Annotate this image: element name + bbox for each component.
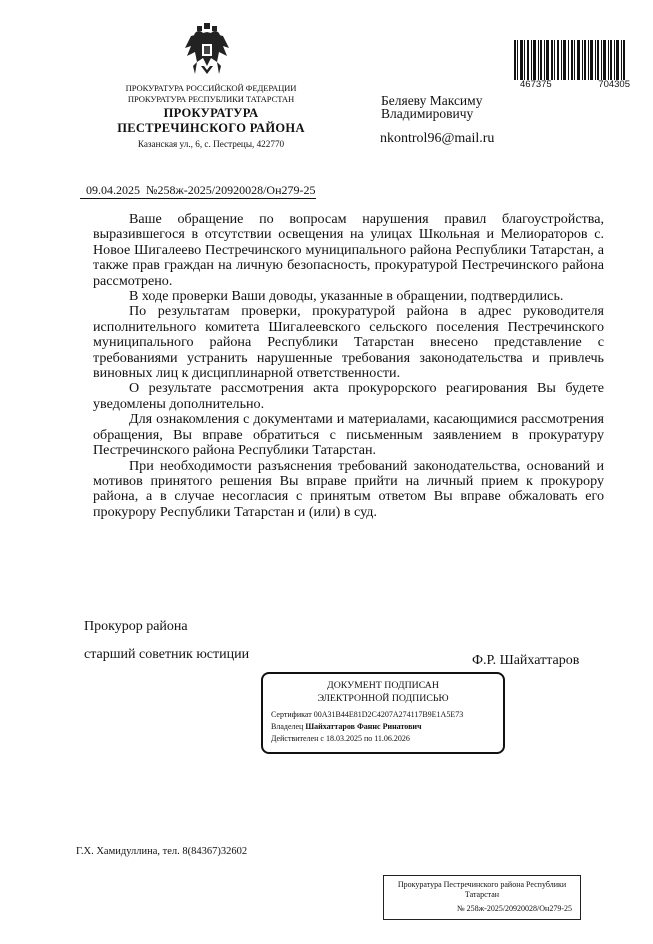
barcode xyxy=(514,40,626,80)
registration-number-prefix: № xyxy=(146,183,157,197)
recipient-name-line2: Владимировичу xyxy=(381,107,473,120)
executor-contact: Г.Х. Хамидуллина, тел. 8(84367)32602 xyxy=(76,846,247,857)
signer-rank: старший советник юстиции xyxy=(84,647,249,663)
registry-stamp-number: № 258ж-2025/20920028/Он279-25 xyxy=(388,904,576,914)
stamp-owner: Владелец Шайхаттаров Фаннс Ринатович xyxy=(271,721,495,733)
registry-stamp-line1: Прокуратура Пестречинского района Респуб… xyxy=(388,880,576,890)
registry-stamp-line2: Татарстан xyxy=(388,890,576,900)
barcode-left-number: 467375 xyxy=(520,79,552,90)
barcode-right-number: 704305 xyxy=(598,79,630,90)
header-federal-prosecution: ПРОКУРАТУРА РОССИЙСКОЙ ФЕДЕРАЦИИ xyxy=(96,84,326,93)
stamp-certificate: Сертификат 00A31B44E81D2C4207A274117B9E1… xyxy=(271,709,495,721)
header-org-line2: ПЕСТРЕЧИНСКОГО РАЙОНА xyxy=(96,122,326,135)
paragraph: О результате рассмотрения акта прокурорс… xyxy=(93,381,604,412)
owner-label: Владелец xyxy=(271,722,303,731)
registration-date: 09.04.2025 xyxy=(86,183,140,197)
stamp-title-line1: ДОКУМЕНТ ПОДПИСАН xyxy=(271,680,495,691)
stamp-title-line2: ЭЛЕКТРОННОЙ ПОДПИСЬЮ xyxy=(271,693,495,704)
header-org-line1: ПРОКУРАТУРА xyxy=(96,107,326,120)
registration-number: 258ж-2025/20920028/Он279-25 xyxy=(157,183,315,197)
valid-label: Действителен xyxy=(271,734,318,743)
paragraph: Ваше обращение по вопросам нарушения пра… xyxy=(93,212,604,289)
recipient-email: nkontrol96@mail.ru xyxy=(380,131,494,147)
signer-position: Прокурор района xyxy=(84,619,188,635)
paragraph: При необходимости разъяснения требований… xyxy=(93,459,604,521)
letter-body: Ваше обращение по вопросам нарушения пра… xyxy=(93,212,604,520)
header-republic-prosecution: ПРОКУРАТУРА РЕСПУБЛИКИ ТАТАРСТАН xyxy=(96,95,326,104)
registry-stamp: Прокуратура Пестречинского района Респуб… xyxy=(383,875,581,920)
certificate-label: Сертификат xyxy=(271,710,312,719)
owner-value: Шайхаттаров Фаннс Ринатович xyxy=(305,722,421,731)
certificate-value: 00A31B44E81D2C4207A274117B9E1A5E73 xyxy=(314,710,463,719)
electronic-signature-stamp: ДОКУМЕНТ ПОДПИСАН ЭЛЕКТРОННОЙ ПОДПИСЬЮ С… xyxy=(261,672,505,754)
barcode-numbers: 467375 704305 xyxy=(520,79,630,90)
paragraph: По результатам проверки, прокуратурой ра… xyxy=(93,304,604,381)
paragraph: В ходе проверки Ваши доводы, указанные в… xyxy=(93,289,604,304)
registration-line: 09.04.2025 №258ж-2025/20920028/Он279-25 xyxy=(80,183,316,199)
coat-of-arms-icon xyxy=(183,22,231,78)
paragraph: Для ознакомления с документами и материа… xyxy=(93,412,604,458)
stamp-validity: Действителен с 18.03.2025 по 11.06.2026 xyxy=(271,733,495,745)
valid-to-label: по xyxy=(364,734,372,743)
valid-from: 18.03.2025 xyxy=(326,734,362,743)
valid-to: 11.06.2026 xyxy=(374,734,410,743)
header-address: Казанская ул., 6, с. Пестрецы, 422770 xyxy=(96,140,326,150)
signer-name: Ф.Р. Шайхаттаров xyxy=(472,653,579,669)
valid-from-label: с xyxy=(320,734,324,743)
